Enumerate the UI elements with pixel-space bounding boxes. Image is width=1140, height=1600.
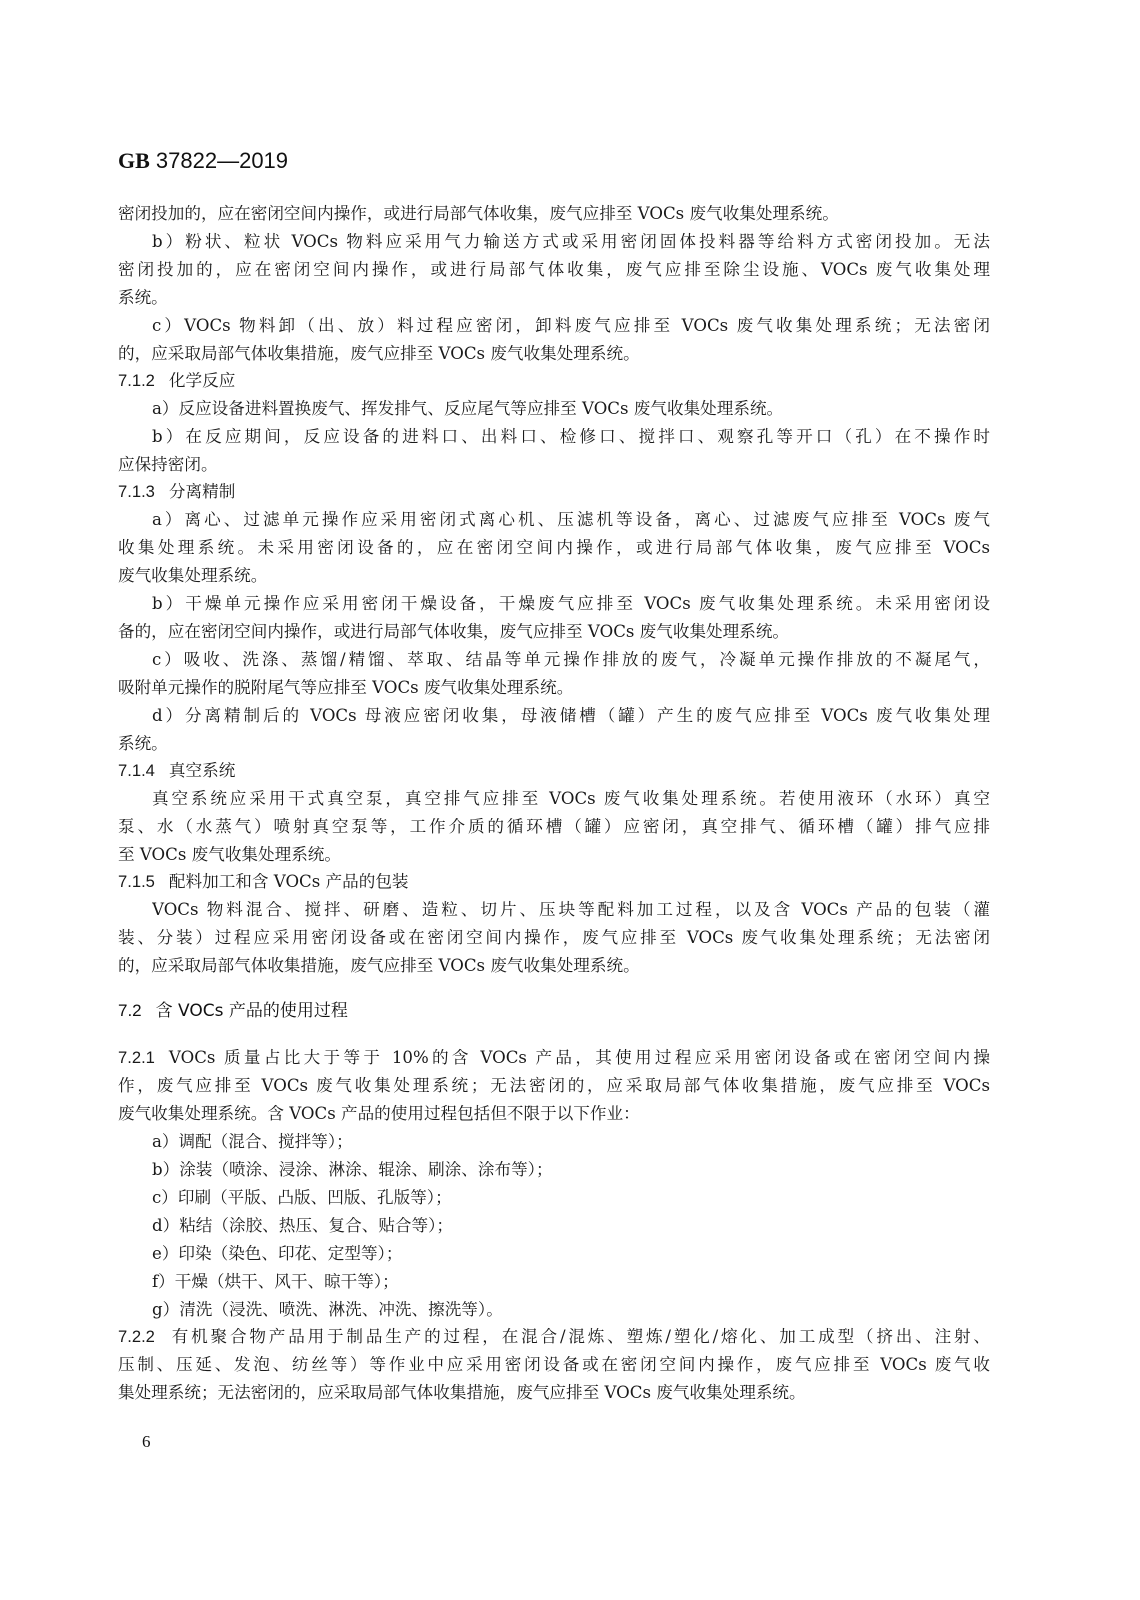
section-heading-7-2: 7.2含 VOCs 产品的使用过程: [118, 997, 348, 1025]
paragraph-line: 系统。: [118, 730, 990, 758]
clause-text: 配料加工和含 VOCs 产品的包装: [169, 872, 409, 891]
paragraph-line: 密闭投加的，应在密闭空间内操作，或进行局部气体收集，废气应排至除尘设施、VOCs…: [118, 256, 990, 284]
list-item: f）干燥（烘干、风干、晾干等）；: [152, 1268, 990, 1296]
paragraph-line: c）吸收、洗涤、蒸馏/精馏、萃取、结晶等单元操作排放的废气，冷凝单元操作排放的不…: [152, 646, 990, 674]
paragraph-line: 废气收集处理系统。含 VOCs 产品的使用过程包括但不限于以下作业：: [118, 1100, 990, 1128]
paragraph-line: 的，应采取局部气体收集措施，废气应排至 VOCs 废气收集处理系统。: [118, 340, 990, 368]
paragraph-line: 废气收集处理系统。: [118, 562, 990, 590]
clause-text: VOCs 质量占比大于等于 10%的含 VOCs 产品，其使用过程应采用密闭设备…: [169, 1048, 990, 1067]
paragraph-line: 吸附单元操作的脱附尾气等应排至 VOCs 废气收集处理系统。: [118, 674, 990, 702]
paragraph-line: d）分离精制后的 VOCs 母液应密闭收集，母液储槽（罐）产生的废气应排至 VO…: [152, 702, 990, 730]
clause-text: 分离精制: [169, 482, 235, 501]
paragraph-line: a）离心、过滤单元操作应采用密闭式离心机、压滤机等设备，离心、过滤废气应排至 V…: [152, 506, 990, 534]
paragraph-line: c）VOCs 物料卸（出、放）料过程应密闭，卸料废气应排至 VOCs 废气收集处…: [152, 312, 990, 340]
clause-text: 化学反应: [169, 371, 235, 390]
standard-header: GB 37822—2019: [118, 148, 288, 174]
list-item: d）粘结（涂胶、热压、复合、贴合等）；: [152, 1212, 990, 1240]
paragraph-line: a）反应设备进料置换废气、挥发排气、反应尾气等应排至 VOCs 废气收集处理系统…: [152, 395, 990, 423]
clause-7-2-1: 7.2.1VOCs 质量占比大于等于 10%的含 VOCs 产品，其使用过程应采…: [118, 1044, 990, 1072]
section-title: 含 VOCs 产品的使用过程: [156, 1001, 348, 1021]
list-item: c）印刷（平版、凸版、凹版、孔版等）；: [152, 1184, 990, 1212]
paragraph-line: 的，应采取局部气体收集措施，废气应排至 VOCs 废气收集处理系统。: [118, 952, 990, 980]
paragraph-line: 密闭投加的，应在密闭空间内操作，或进行局部气体收集，废气应排至 VOCs 废气收…: [118, 200, 990, 228]
paragraph-line: 收集处理系统。未采用密闭设备的，应在密闭空间内操作，或进行局部气体收集，废气应排…: [118, 534, 990, 562]
clause-number: 7.1.3: [118, 482, 155, 501]
clause-7-2-2: 7.2.2有机聚合物产品用于制品生产的过程，在混合/混炼、塑炼/塑化/熔化、加工…: [118, 1323, 990, 1351]
clause-number: 7.1.4: [118, 761, 155, 780]
standard-number: 37822—2019: [150, 148, 288, 173]
clause-heading-7-1-3: 7.1.3分离精制: [118, 478, 990, 506]
clause-heading-7-1-5: 7.1.5配料加工和含 VOCs 产品的包装: [118, 868, 990, 896]
paragraph-line: 系统。: [118, 284, 990, 312]
standard-prefix: GB: [118, 148, 150, 173]
paragraph-line: b）在反应期间，反应设备的进料口、出料口、检修口、搅拌口、观察孔等开口（孔）在不…: [152, 423, 990, 451]
paragraph-line: 装、分装）过程应采用密闭设备或在密闭空间内操作，废气应排至 VOCs 废气收集处…: [118, 924, 990, 952]
paragraph-line: 真空系统应采用干式真空泵，真空排气应排至 VOCs 废气收集处理系统。若使用液环…: [152, 785, 990, 813]
clause-number: 7.2.1: [118, 1048, 155, 1067]
list-item: g）清洗（浸洗、喷洗、淋洗、冲洗、擦洗等）。: [152, 1296, 990, 1324]
paragraph-line: 作，废气应排至 VOCs 废气收集处理系统；无法密闭的，应采取局部气体收集措施，…: [118, 1072, 990, 1100]
list-item: b）涂装（喷涂、浸涂、淋涂、辊涂、刷涂、涂布等）；: [152, 1156, 990, 1184]
list-item: a）调配（混合、搅拌等）；: [152, 1128, 990, 1156]
paragraph-line: b）干燥单元操作应采用密闭干燥设备，干燥废气应排至 VOCs 废气收集处理系统。…: [152, 590, 990, 618]
paragraph-line: 备的，应在密闭空间内操作，或进行局部气体收集，废气应排至 VOCs 废气收集处理…: [118, 618, 990, 646]
page-number: 6: [142, 1432, 151, 1452]
paragraph-line: VOCs 物料混合、搅拌、研磨、造粒、切片、压块等配料加工过程，以及含 VOCs…: [152, 896, 990, 924]
list-item: e）印染（染色、印花、定型等）；: [152, 1240, 990, 1268]
paragraph-line: 至 VOCs 废气收集处理系统。: [118, 841, 990, 869]
clause-text: 真空系统: [169, 761, 235, 780]
paragraph-line: b）粉状、粒状 VOCs 物料应采用气力输送方式或采用密闭固体投料器等给料方式密…: [152, 228, 990, 256]
paragraph-line: 泵、水（水蒸气）喷射真空泵等，工作介质的循环槽（罐）应密闭，真空排气、循环槽（罐…: [118, 813, 990, 841]
clause-number: 7.2.2: [118, 1327, 155, 1346]
clause-text: 有机聚合物产品用于制品生产的过程，在混合/混炼、塑炼/塑化/熔化、加工成型（挤出…: [169, 1327, 990, 1346]
clause-number: 7.1.5: [118, 872, 155, 891]
clause-heading-7-1-4: 7.1.4真空系统: [118, 757, 990, 785]
paragraph-line: 压制、压延、发泡、纺丝等）等作业中应采用密闭设备或在密闭空间内操作，废气应排至 …: [118, 1351, 990, 1379]
section-number: 7.2: [118, 1001, 142, 1020]
paragraph-line: 集处理系统；无法密闭的，应采取局部气体收集措施，废气应排至 VOCs 废气收集处…: [118, 1379, 990, 1407]
document-page: GB 37822—2019 密闭投加的，应在密闭空间内操作，或进行局部气体收集，…: [0, 0, 1140, 1600]
clause-heading-7-1-2: 7.1.2化学反应: [118, 367, 990, 395]
clause-number: 7.1.2: [118, 371, 155, 390]
paragraph-line: 应保持密闭。: [118, 451, 990, 479]
